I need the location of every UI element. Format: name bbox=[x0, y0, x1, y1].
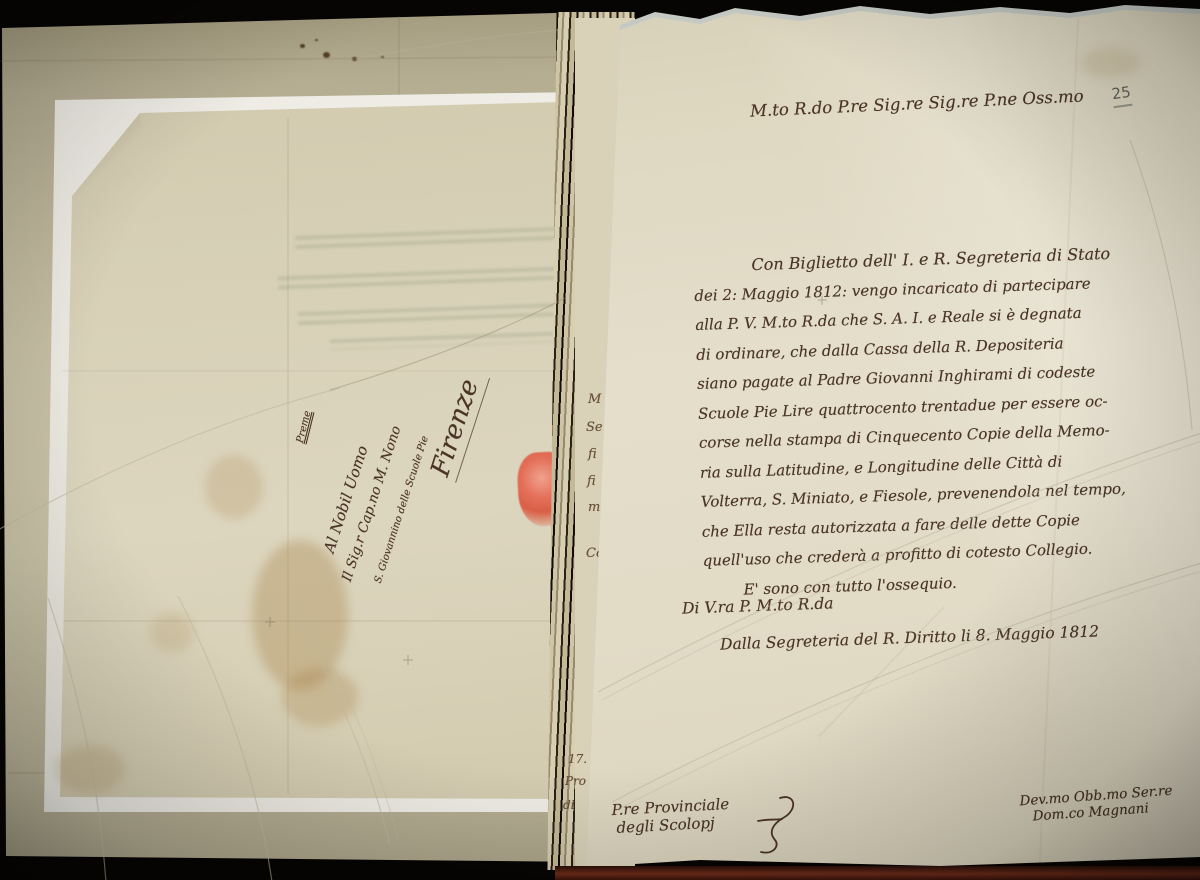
edge-fragment: fi bbox=[588, 447, 597, 462]
edge-fragment: fi bbox=[587, 474, 596, 489]
manuscript-photo: Al Nobil Uomo Il Sig.r Cap.no M. Nono S.… bbox=[0, 0, 1200, 880]
brace-flourish bbox=[752, 793, 800, 859]
ink-specks bbox=[300, 44, 305, 48]
office-note: P.re Provinciale degli Scolopj bbox=[611, 795, 730, 837]
stain bbox=[55, 745, 125, 793]
fold-crease bbox=[398, 16, 400, 108]
edge-fragment: Se bbox=[586, 420, 603, 435]
edge-fragment: 17. bbox=[568, 752, 587, 766]
letter-body: Con Biglietto dell' I. e R. Segreteria d… bbox=[693, 236, 1200, 606]
book-binding bbox=[555, 866, 1200, 880]
stain bbox=[282, 668, 358, 726]
stain bbox=[205, 455, 263, 519]
edge-fragment: Pro bbox=[565, 774, 586, 788]
stain bbox=[150, 612, 194, 652]
edge-fragment: m bbox=[588, 500, 600, 515]
stain bbox=[1080, 48, 1140, 78]
edge-fragment: M bbox=[588, 392, 601, 407]
edge-fragment: di bbox=[563, 798, 575, 812]
archival-page-number: 25 bbox=[1110, 83, 1132, 108]
